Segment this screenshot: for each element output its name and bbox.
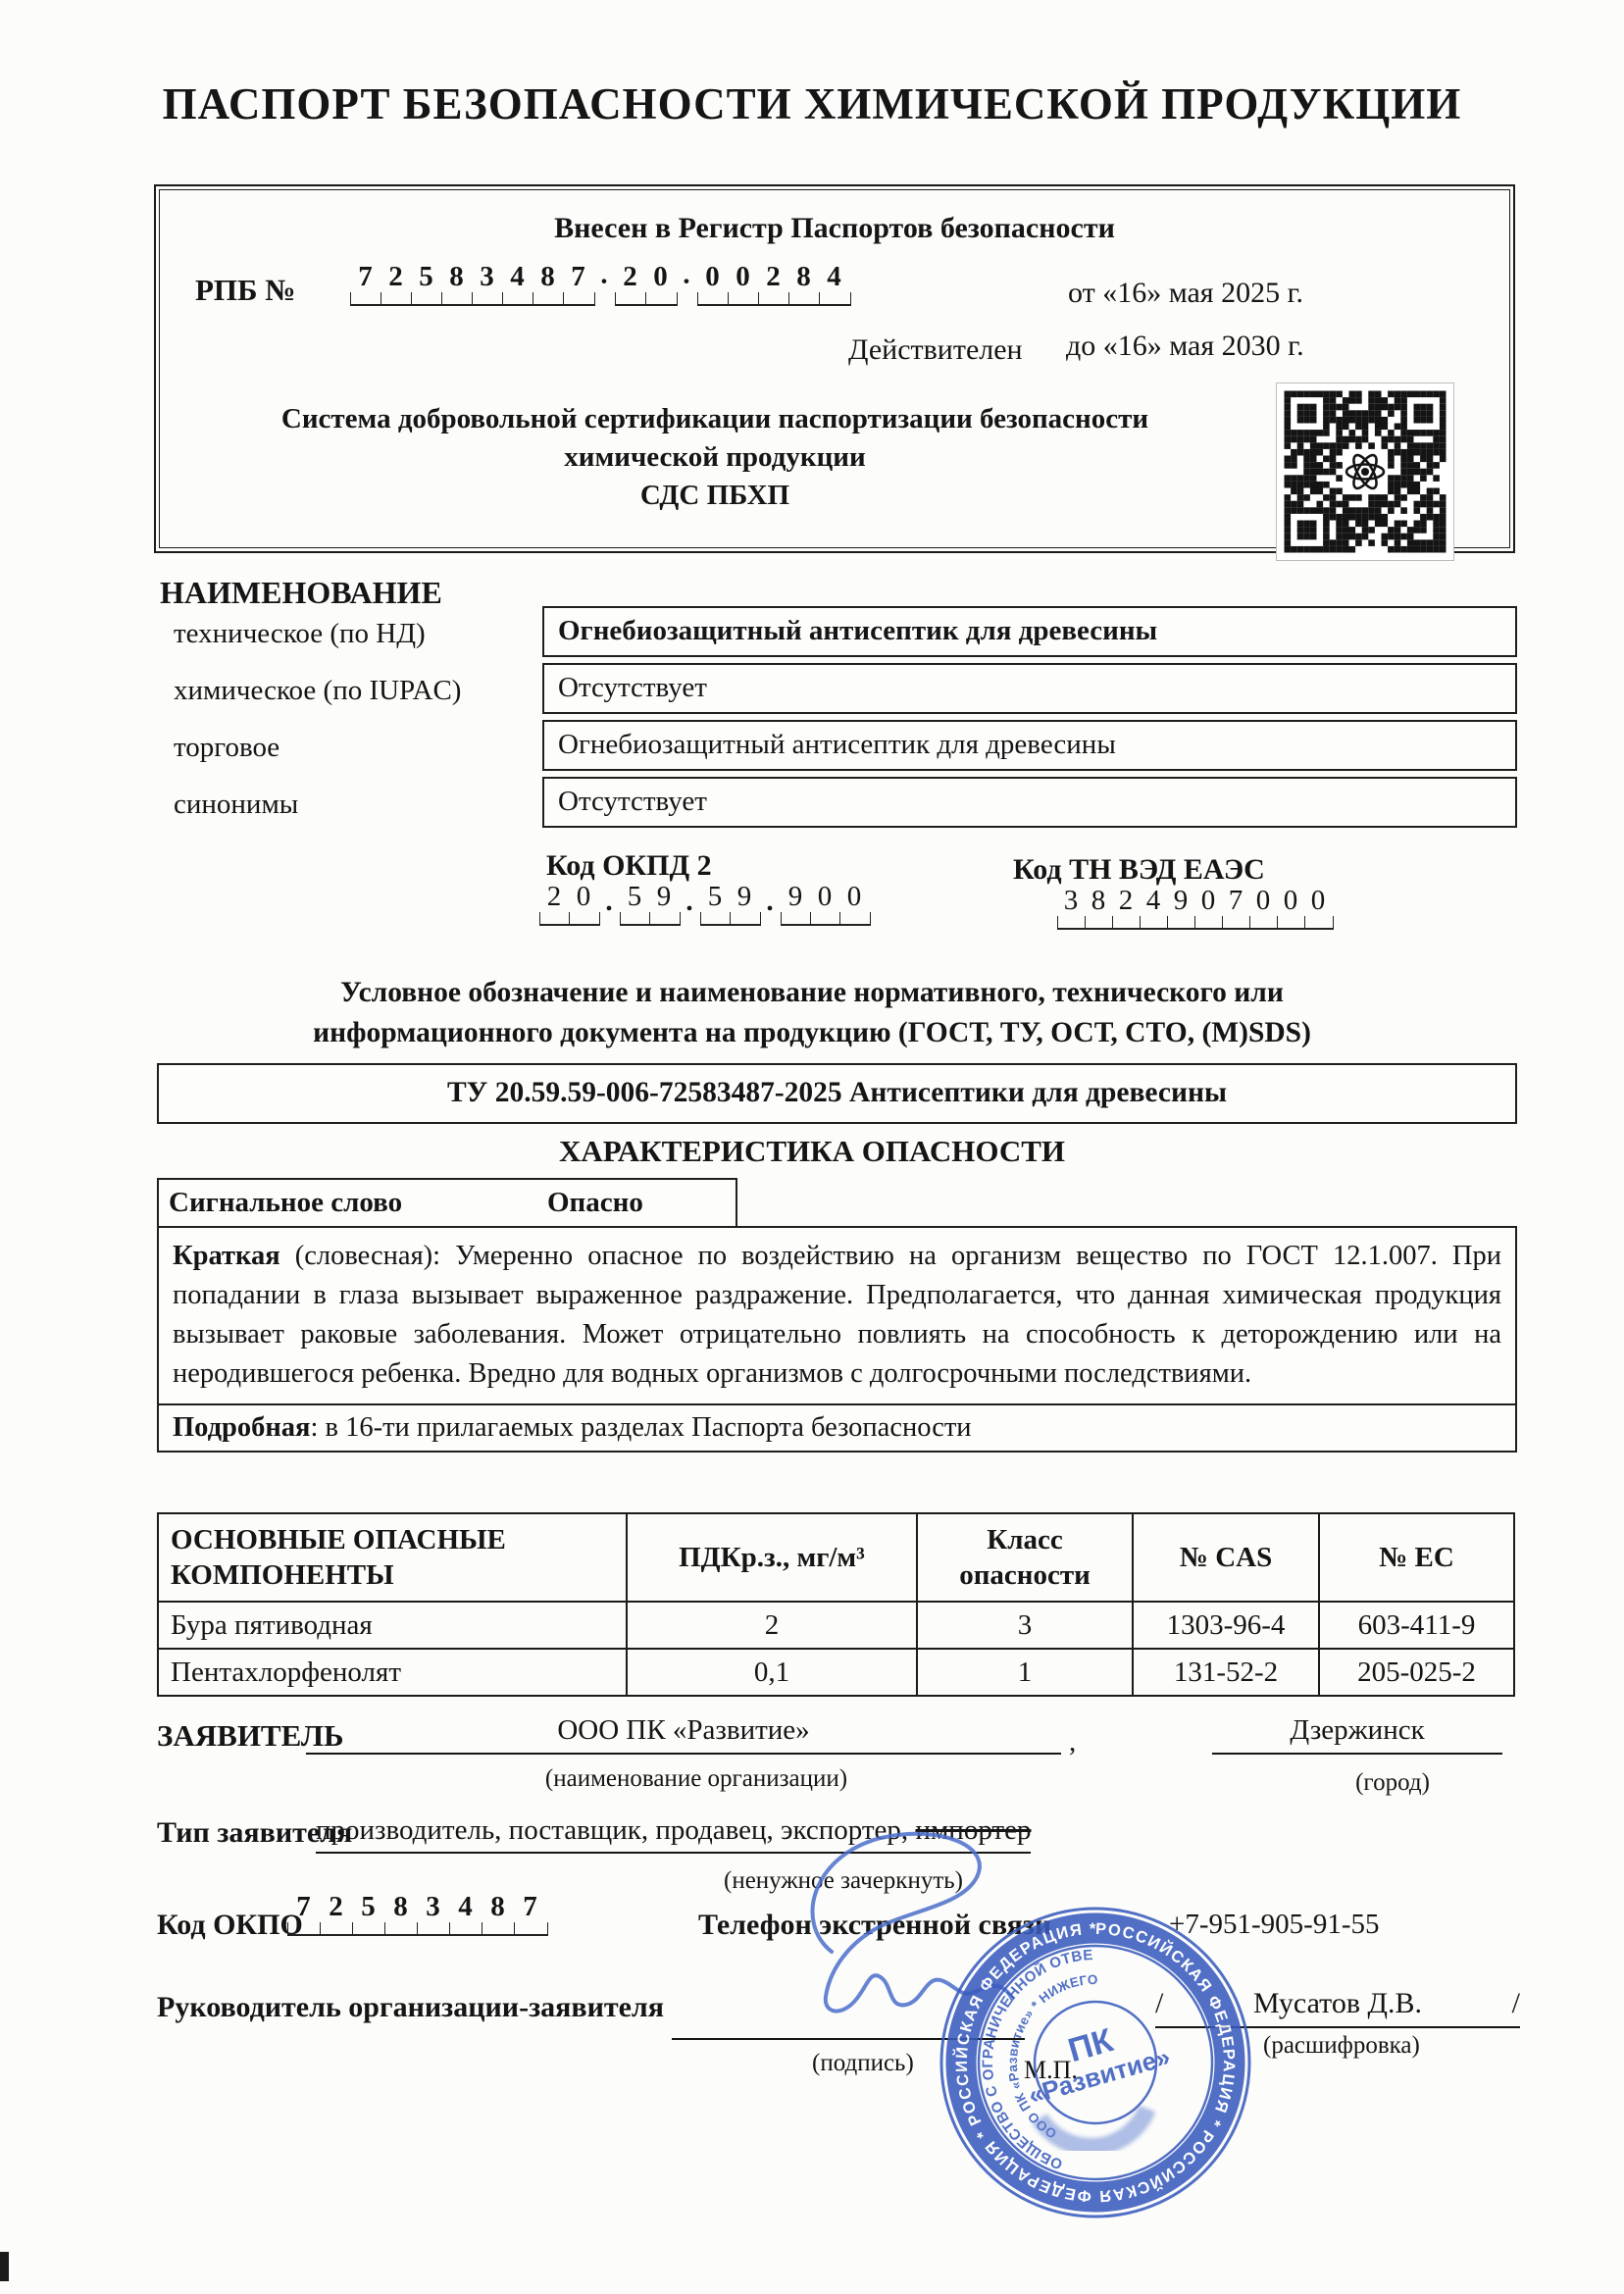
digit-cell: 7 [1222, 885, 1249, 930]
normdoc-heading-line-1: Условное обозначение и наименование норм… [0, 973, 1624, 1013]
digit-cell: 0 [839, 881, 869, 926]
component-class: 3 [917, 1602, 1133, 1649]
page-title: ПАСПОРТ БЕЗОПАСНОСТИ ХИМИЧЕСКОЙ ПРОДУКЦИ… [0, 78, 1624, 129]
hazard-heading: ХАРАКТЕРИСТИКА ОПАСНОСТИ [0, 1134, 1624, 1169]
comb-separator: · [593, 266, 615, 306]
digit-cell: 7 [287, 1891, 320, 1936]
safety-passport-page: ПАСПОРТ БЕЗОПАСНОСТИ ХИМИЧЕСКОЙ ПРОДУКЦИ… [0, 0, 1624, 2294]
registry-heading: Внесен в Регистр Паспортов безопасности [156, 212, 1513, 245]
digit-cell: 7 [514, 1891, 546, 1936]
applicant-org-name: ООО ПК «Развитие» [306, 1714, 1061, 1755]
okpd-code-comb: 20.59.59.900 [539, 881, 869, 926]
field-value-synonyms: Отсутствует [542, 777, 1517, 828]
col-header-ec: № ЕС [1319, 1513, 1514, 1602]
hazard-detail-text: : в 16-ти прилагаемых разделах Паспорта … [310, 1412, 971, 1443]
table-row: Пентахлорфенолят 0,1 1 131-52-2 205-025-… [158, 1649, 1514, 1696]
okpo-comb: 72583487 [287, 1891, 546, 1936]
normdoc-heading: Условное обозначение и наименование норм… [0, 973, 1624, 1053]
digit-cell: 0 [728, 261, 758, 306]
field-value-chemical: Отсутствует [542, 663, 1517, 714]
scan-edge-mark [0, 2252, 9, 2281]
digit-cell: 4 [819, 261, 849, 306]
rpb-number-label: РПБ № [195, 273, 295, 308]
digit-cell: 8 [1085, 885, 1112, 930]
field-label-synonyms: синонимы [174, 789, 298, 821]
component-cas: 1303-96-4 [1133, 1602, 1319, 1649]
col-header-components: ОСНОВНЫЕ ОПАСНЫЕ КОМПОНЕНТЫ [158, 1513, 627, 1602]
digit-cell: 3 [417, 1891, 449, 1936]
okpo-label: Код ОКПО [157, 1909, 303, 1942]
digit-cell: 3 [1057, 885, 1085, 930]
digit-cell: 0 [645, 261, 676, 306]
qr-code [1276, 382, 1454, 561]
digit-cell: 8 [441, 261, 472, 306]
col-header-pdk: ПДКр.з., мг/м³ [627, 1513, 917, 1602]
digit-cell: 2 [615, 261, 645, 306]
field-value-technical: Огнебиозащитный антисептик для древесины [542, 606, 1517, 657]
table-row: Бура пятиводная 2 3 1303-96-4 603-411-9 [158, 1602, 1514, 1649]
system-line-2: химической продукции [166, 438, 1264, 477]
digit-cell: 2 [758, 261, 788, 306]
field-label-trade: торговое [174, 732, 279, 764]
signal-word-box: Сигнальное слово Опасно [157, 1178, 737, 1230]
signal-word-value: Опасно [547, 1187, 643, 1219]
applicant-comma: , [1069, 1726, 1076, 1759]
head-of-org-label: Руководитель организации-заявителя [157, 1991, 664, 2024]
digit-cell: 8 [788, 261, 819, 306]
tnved-code-comb: 3824907000 [1057, 885, 1332, 930]
org-name-caption: (наименование организации) [500, 1765, 892, 1793]
head-name-caption: (расшифровка) [1263, 2032, 1420, 2060]
stamp-ink-smudge [1040, 2109, 1147, 2147]
hazard-brief-suffix: (словесная): [280, 1241, 455, 1271]
comb-separator: · [676, 266, 697, 306]
digit-cell: 9 [781, 881, 810, 926]
digit-cell: 8 [533, 261, 563, 306]
digit-cell: 5 [700, 881, 730, 926]
digit-cell: 0 [1304, 885, 1332, 930]
field-label-chemical: химическое (по IUPAC) [174, 675, 461, 707]
normdoc-value-box: ТУ 20.59.59-006-72583487-2025 Антисептик… [157, 1063, 1517, 1124]
digit-cell: 5 [352, 1891, 384, 1936]
component-pdk: 2 [627, 1602, 917, 1649]
col-header-class: Класс опасности [917, 1513, 1133, 1602]
digit-cell: 4 [1140, 885, 1167, 930]
digit-cell: 0 [1277, 885, 1304, 930]
okpd-code-label: Код ОКПД 2 [546, 849, 712, 883]
digit-cell: 5 [620, 881, 649, 926]
digit-cell: 8 [482, 1891, 514, 1936]
naming-heading: НАИМЕНОВАНИЕ [160, 575, 442, 611]
digit-cell: 0 [569, 881, 598, 926]
digit-cell: 3 [472, 261, 502, 306]
hazard-detail: Подробная: в 16-ти прилагаемых разделах … [159, 1403, 1515, 1451]
digit-cell: 2 [1112, 885, 1140, 930]
digit-cell: 4 [449, 1891, 482, 1936]
digit-cell: 0 [1194, 885, 1222, 930]
digit-cell: 9 [730, 881, 759, 926]
field-value-trade: Огнебиозащитный антисептик для древесины [542, 720, 1517, 771]
digit-cell: 0 [810, 881, 839, 926]
digit-cell: 0 [1249, 885, 1277, 930]
city-caption: (город) [1304, 1769, 1481, 1797]
component-name: Пентахлорфенолят [158, 1649, 627, 1696]
col-header-cas: № CAS [1133, 1513, 1319, 1602]
certification-system-text: Система добровольной сертификации паспор… [166, 400, 1264, 515]
normdoc-heading-line-2: информационного документа на продукцию (… [0, 1013, 1624, 1053]
component-pdk: 0,1 [627, 1649, 917, 1696]
signal-word-label: Сигнальное слово [169, 1187, 402, 1219]
component-class: 1 [917, 1649, 1133, 1696]
component-name: Бура пятиводная [158, 1602, 627, 1649]
digit-cell: 7 [563, 261, 593, 306]
valid-to-date: до «16» мая 2030 г. [1066, 330, 1304, 363]
digit-cell: 4 [502, 261, 533, 306]
component-ec: 205-025-2 [1319, 1649, 1514, 1696]
company-round-stamp: РОССИЙСКАЯ ФЕДЕРАЦИЯ * РОССИЙСКАЯ ФЕДЕРА… [914, 1881, 1277, 2244]
digit-cell: 9 [1167, 885, 1194, 930]
comb-separator: . [598, 886, 620, 926]
hazard-detail-label: Подробная [173, 1412, 310, 1443]
registry-box: Внесен в Регистр Паспортов безопасности … [154, 184, 1515, 553]
slash-right: / [1512, 1987, 1520, 2020]
digit-cell: 2 [539, 881, 569, 926]
component-ec: 603-411-9 [1319, 1602, 1514, 1649]
component-cas: 131-52-2 [1133, 1649, 1319, 1696]
digit-cell: 9 [649, 881, 679, 926]
comb-separator: . [759, 886, 781, 926]
table-header-row: ОСНОВНЫЕ ОПАСНЫЕ КОМПОНЕНТЫ ПДКр.з., мг/… [158, 1513, 1514, 1602]
digit-cell: 0 [697, 261, 728, 306]
hazard-components-table: ОСНОВНЫЕ ОПАСНЫЕ КОМПОНЕНТЫ ПДКр.з., мг/… [157, 1512, 1515, 1697]
tnved-code-label: Код ТН ВЭД ЕАЭС [1013, 853, 1265, 887]
comb-separator: . [679, 886, 700, 926]
system-line-3: СДС ПБХП [166, 477, 1264, 515]
hazard-brief: Краткая (словесная): Умеренно опасное по… [159, 1228, 1515, 1403]
digit-cell: 2 [320, 1891, 352, 1936]
hazard-brief-label: Краткая [173, 1241, 280, 1271]
hazard-description-box: Краткая (словесная): Умеренно опасное по… [157, 1226, 1517, 1453]
signature-caption: (подпись) [812, 2050, 914, 2077]
field-label-technical: техническое (по НД) [174, 618, 426, 650]
atom-icon [1342, 448, 1389, 495]
valid-from-date: от «16» мая 2025 г. [1068, 277, 1303, 310]
digit-cell: 2 [381, 261, 411, 306]
digit-cell: 5 [411, 261, 441, 306]
valid-label: Действителен [848, 333, 1023, 367]
head-name: Мусатов Д.В. [1253, 1987, 1422, 2020]
rpb-number-comb: 72583487·20·00284 [350, 261, 849, 306]
system-line-1: Система добровольной сертификации паспор… [166, 400, 1264, 438]
applicant-city: Дзержинск [1212, 1714, 1502, 1755]
digit-cell: 7 [350, 261, 381, 306]
digit-cell: 8 [384, 1891, 417, 1936]
